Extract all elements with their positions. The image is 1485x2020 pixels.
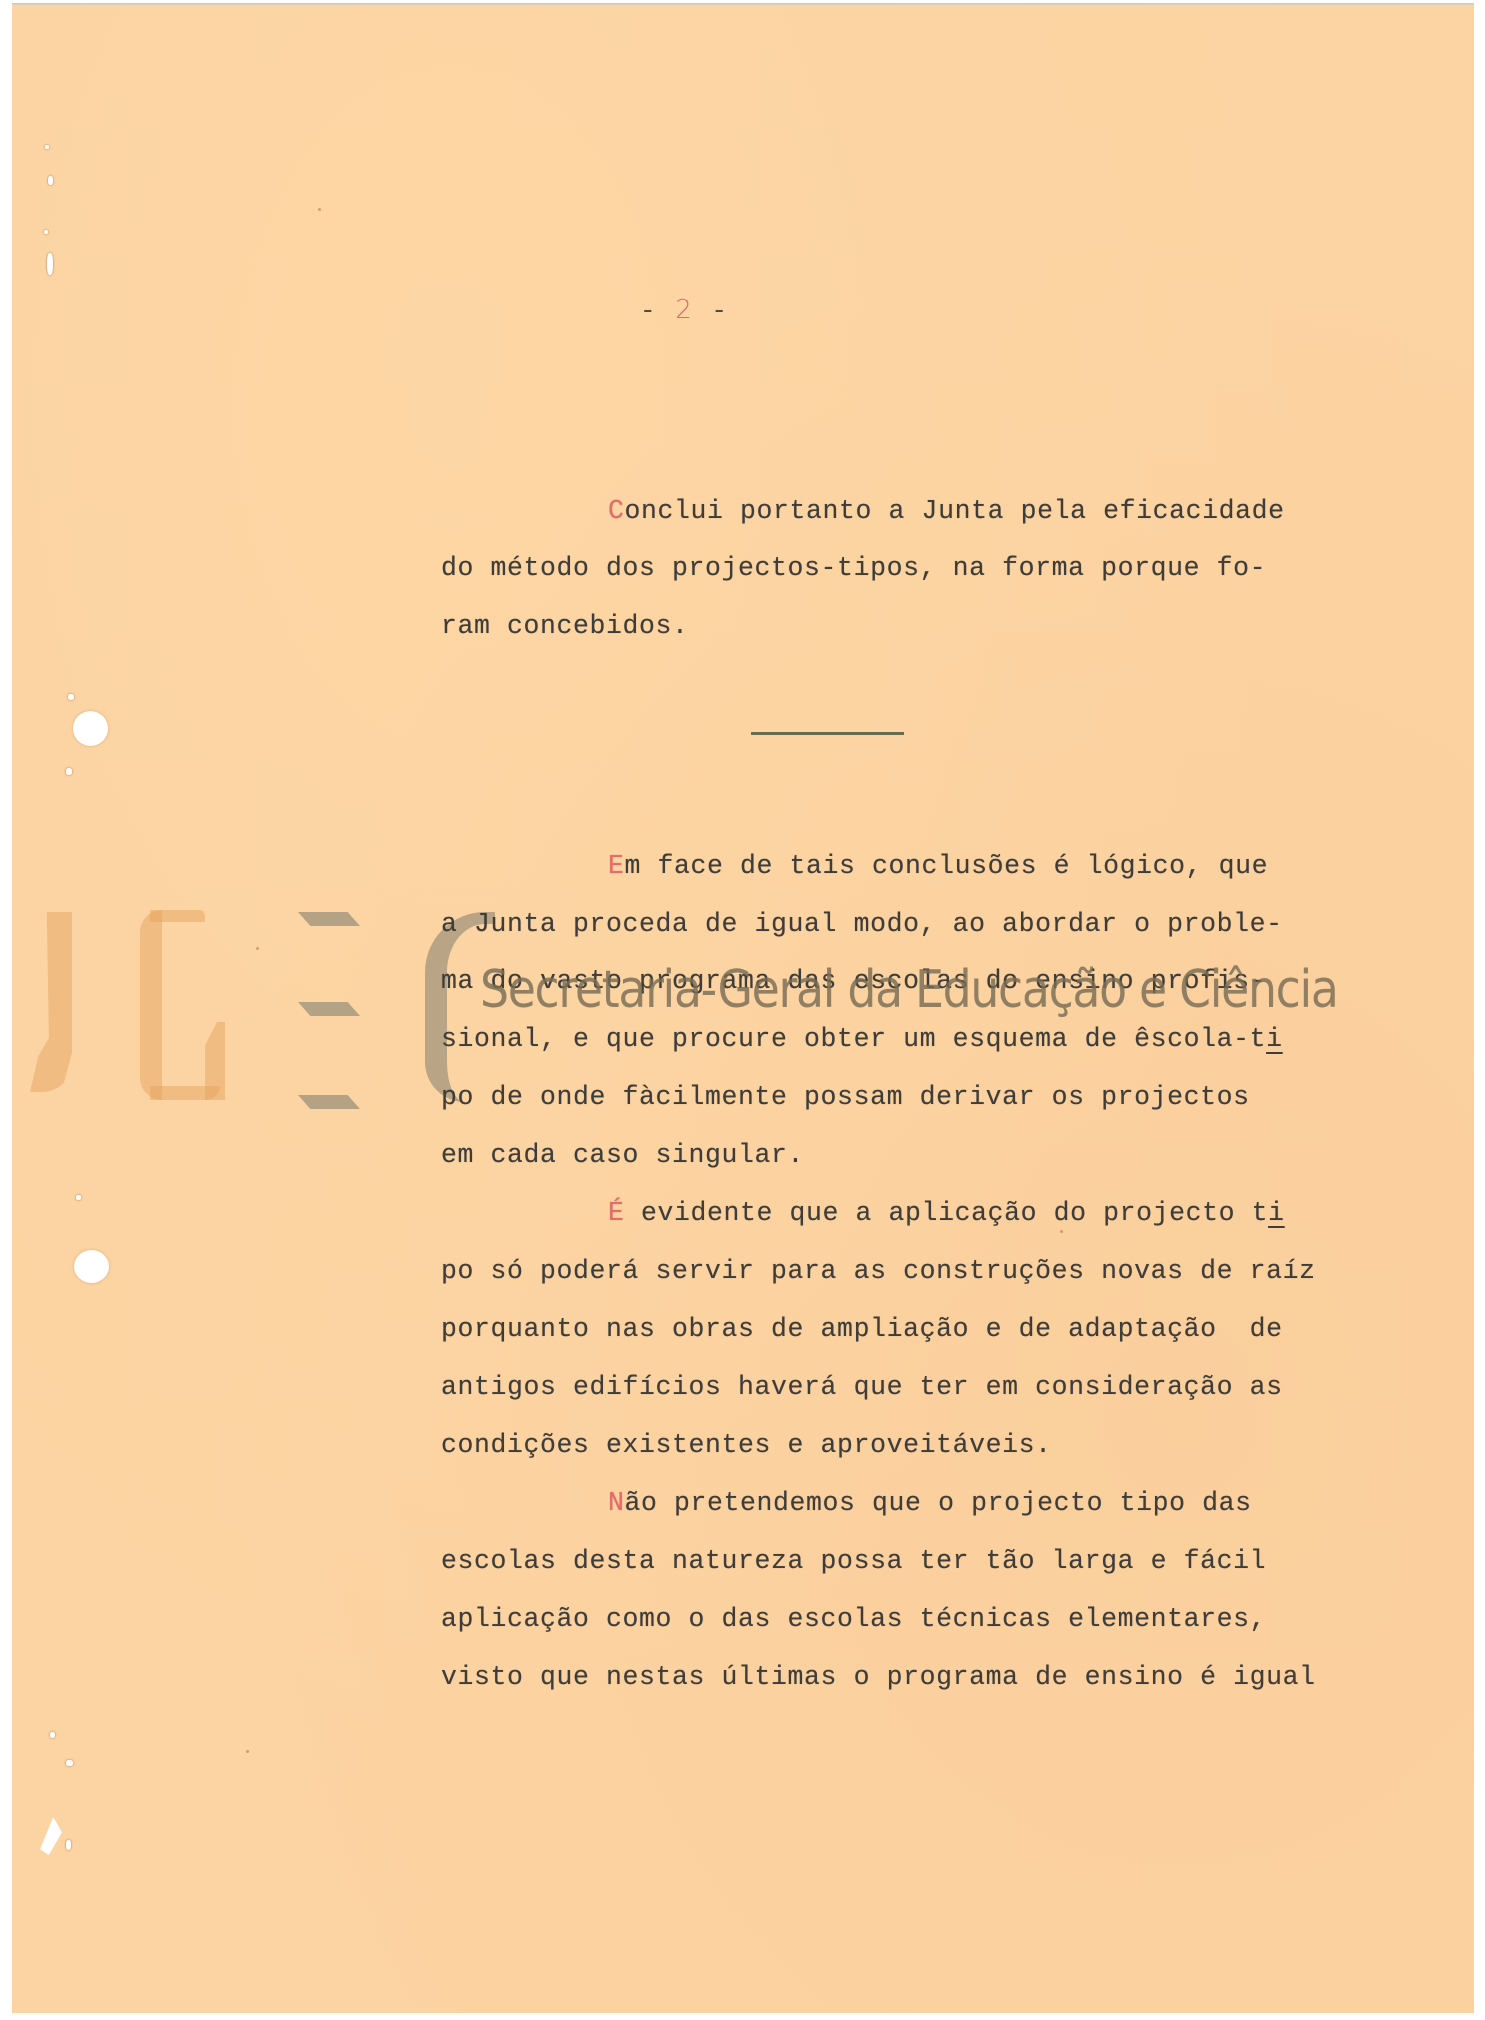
- binding-mark: [66, 1840, 71, 1850]
- paragraph-3-line-3: porquanto nas obras de ampliação e de ad…: [441, 1314, 1283, 1344]
- paragraph-1-line-3: ram concebidos.: [441, 611, 689, 641]
- line-text: onclui portanto a Junta pela eficacidade: [625, 496, 1285, 526]
- underlined-hyphenation: i: [1266, 1024, 1283, 1054]
- binding-mark: [48, 176, 53, 185]
- line-text: m face de tais conclusões é lógico, que: [625, 851, 1269, 881]
- page-number-prefix: -: [640, 296, 675, 326]
- page-top-edge: [12, 3, 1474, 6]
- paragraph-1-initial: C: [608, 496, 625, 526]
- line-text: evidente que a aplicação do projecto t: [625, 1198, 1269, 1228]
- binding-tear: [47, 253, 53, 275]
- paragraph-3-line-1: É evidente que a aplicação do projecto t…: [608, 1198, 1285, 1228]
- paragraph-2-line-6: em cada caso singular.: [441, 1140, 804, 1170]
- paragraph-2-line-5: po de onde fàcilmente possam derivar os …: [441, 1082, 1250, 1112]
- binding-mark: [68, 694, 74, 700]
- binding-mark: [44, 230, 48, 234]
- paragraph-4-line-2: escolas desta natureza possa ter tão lar…: [441, 1546, 1266, 1576]
- binding-mark: [45, 145, 49, 149]
- line-text: ão pretendemos que o projecto tipo das: [625, 1488, 1252, 1518]
- section-separator-rule: [751, 732, 904, 735]
- paragraph-2-line-2: a Junta proceda de igual modo, ao aborda…: [441, 909, 1283, 939]
- page-number-suffix: -: [694, 296, 729, 326]
- paragraph-3-line-2: po só poderá servir para as construções …: [441, 1256, 1316, 1286]
- paragraph-2-line-1: Em face de tais conclusões é lógico, que: [608, 851, 1268, 881]
- punch-hole-lower: [74, 1250, 109, 1283]
- paragraph-3-line-4: antigos edifícios haverá que ter em cons…: [441, 1372, 1283, 1402]
- page-number: - 2 -: [640, 295, 729, 326]
- paragraph-3-line-5: condições existentes e aproveitáveis.: [441, 1430, 1052, 1460]
- binding-mark: [66, 768, 72, 775]
- paper-speck: [246, 1750, 249, 1753]
- paragraph-4-initial: N: [608, 1488, 625, 1518]
- paragraph-1-line-1: Conclui portanto a Junta pela eficacidad…: [608, 496, 1285, 526]
- binding-mark: [76, 1195, 81, 1200]
- binding-mark: [66, 1760, 73, 1766]
- page-number-digit: 2: [675, 295, 694, 325]
- binding-mark: [50, 1732, 55, 1738]
- paper-speck: [256, 947, 259, 950]
- paragraph-3-initial: É: [608, 1198, 625, 1228]
- paragraph-1-line-2: do método dos projectos-tipos, na forma …: [441, 553, 1266, 583]
- paragraph-4-line-3: aplicação como o das escolas técnicas el…: [441, 1604, 1266, 1634]
- paragraph-2-line-4: sional, e que procure obter um esquema d…: [441, 1024, 1283, 1054]
- paper-speck: [318, 208, 321, 211]
- line-text: sional, e que procure obter um esquema d…: [441, 1024, 1266, 1054]
- watermark-logo-g-shape: [140, 910, 240, 1100]
- paragraph-2-initial: E: [608, 851, 625, 881]
- paper-speck: [1060, 1230, 1063, 1233]
- punch-hole-upper: [73, 711, 108, 746]
- watermark-text: Secretaria-Geral da Educação e Ciência: [480, 960, 1338, 1020]
- paragraph-4-line-1: Não pretendemos que o projecto tipo das: [608, 1488, 1252, 1518]
- paragraph-4-line-4: visto que nestas últimas o programa de e…: [441, 1662, 1316, 1692]
- underlined-hyphenation: i: [1268, 1198, 1285, 1228]
